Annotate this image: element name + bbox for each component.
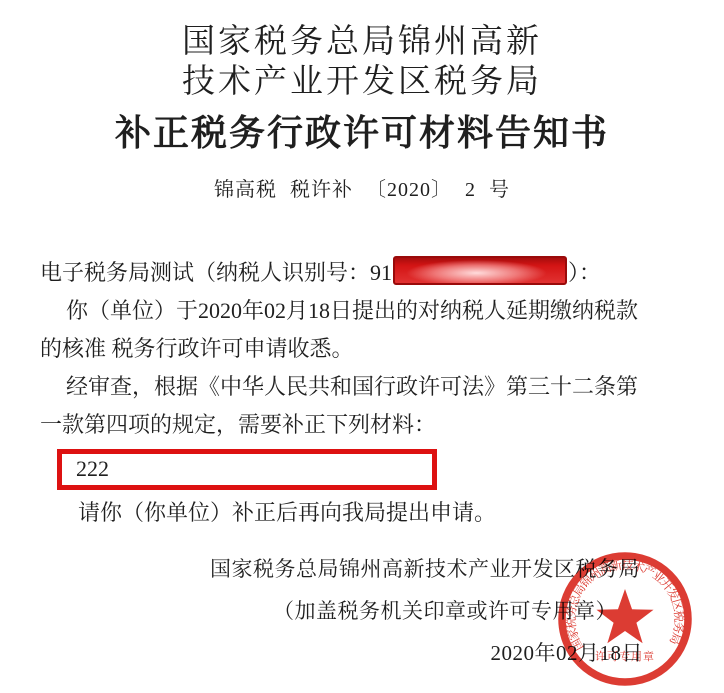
taxpayer-id-redaction-bar [393, 256, 567, 285]
issue-date: 2020年02月18日 [0, 632, 724, 674]
application-statement-line2: 的核准 税务行政许可申请收悉。 [40, 330, 696, 368]
document-title: 补正税务行政许可材料告知书 [0, 108, 724, 158]
seal-instruction-note: （加盖税务机关印章或许可专用章） [0, 590, 724, 632]
legal-basis-line2: 一款第四项的规定，需要补正下列材料： [40, 406, 696, 444]
taxpayer-id-visible: 91 [370, 260, 392, 285]
materials-value: 222 [76, 456, 109, 481]
tax-notice-document: 国家税务总局锦州高新 技术产业开发区税务局 补正税务行政许可材料告知书 锦高税 … [0, 0, 724, 693]
application-statement-line1: 你（单位）于2020年02月18日提出的对纳税人延期缴纳税款 [40, 292, 696, 330]
legal-basis-line1: 经审查，根据《中华人民共和国行政许可法》第三十二条第 [40, 368, 696, 406]
issuer-name-line1: 国家税务总局锦州高新 [0, 22, 724, 62]
materials-highlight-box: 222 [57, 449, 437, 490]
recipient-suffix: ）： [568, 260, 601, 285]
recipient-line: 电子税务局测试（纳税人识别号：91）： [40, 254, 696, 292]
document-number: 锦高税 税许补 〔2020〕 2 号 [0, 176, 724, 204]
closing-instruction-line: 请你（你单位）补正后再向我局提出申请。 [40, 494, 696, 532]
issuing-agency-name: 国家税务总局锦州高新技术产业开发区税务局 [0, 548, 724, 590]
document-body: 电子税务局测试（纳税人识别号：91）： 你（单位）于2020年02月18日提出的… [40, 254, 696, 532]
issuer-name-line2: 技术产业开发区税务局 [0, 62, 724, 102]
signature-block: 国家税务总局锦州高新技术产业开发区税务局 （加盖税务机关印章或许可专用章） 20… [0, 548, 724, 674]
document-header: 国家税务总局锦州高新 技术产业开发区税务局 补正税务行政许可材料告知书 锦高税 … [0, 22, 724, 204]
recipient-prefix: 电子税务局测试（纳税人识别号： [40, 260, 370, 285]
